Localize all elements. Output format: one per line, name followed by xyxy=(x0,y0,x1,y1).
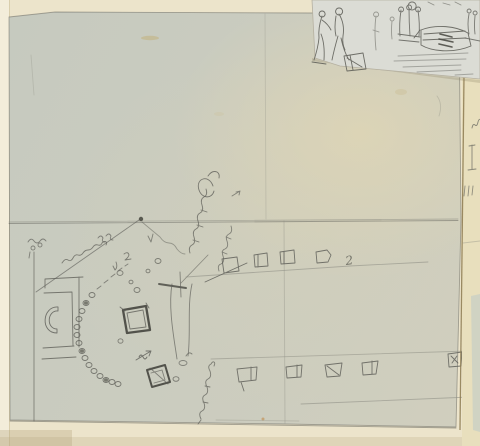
vertical-crease-upper xyxy=(265,14,266,219)
diagonal-end-blob xyxy=(139,217,143,221)
tiny-33-marks xyxy=(98,234,153,242)
left-cursive-word xyxy=(62,242,131,270)
north-arrow-mark xyxy=(136,351,151,360)
row2-rect-1 xyxy=(237,367,257,391)
margin-faint-curve xyxy=(437,96,441,116)
inset-figure-study xyxy=(312,0,480,83)
pencil-number: 2 xyxy=(343,253,354,268)
bottom-short-line xyxy=(216,420,299,421)
corner-scribble-cluster xyxy=(28,239,46,258)
apse-arch xyxy=(45,307,58,333)
bottom-cursive-word xyxy=(186,353,215,424)
row1-square-2 xyxy=(254,253,268,267)
row2-baseline xyxy=(211,351,468,359)
plan-rectangle-rows: 2 xyxy=(186,250,470,421)
stain-mid xyxy=(395,89,407,95)
dark-square-monument xyxy=(123,306,150,333)
colonnade-arc-ovals xyxy=(74,293,121,387)
row2-rect-far-right xyxy=(448,352,462,367)
plan-sketch xyxy=(28,217,208,421)
stain-top xyxy=(141,36,159,40)
corner-crease xyxy=(31,55,34,95)
sheet-edges-and-creases xyxy=(9,12,461,428)
bottom-long-line xyxy=(301,397,470,404)
center-cursive-big-C xyxy=(198,172,219,197)
pencil-artwork-layer: 2 xyxy=(0,0,480,446)
row2-rect-3 xyxy=(325,363,342,377)
chain-dashes xyxy=(97,264,128,289)
adjacent-page-margin xyxy=(437,74,480,446)
sheet-bottom-shadow xyxy=(10,421,456,428)
row1-square-1 xyxy=(205,257,247,282)
dark-square-2-inner xyxy=(150,368,168,384)
scanned-album-page: 2 xyxy=(0,0,480,446)
row1-square-3 xyxy=(280,250,295,264)
path-base-oval xyxy=(179,361,187,366)
small-vertical-stroke xyxy=(180,272,181,297)
heavy-short-stroke xyxy=(159,284,186,288)
apse-room-walls xyxy=(42,277,83,359)
row2-rect-2 xyxy=(286,365,302,378)
long-diagonal-line xyxy=(36,220,139,292)
diagonal-continuation xyxy=(142,222,185,254)
row1-pentagon xyxy=(316,250,331,263)
row2-rect-4 xyxy=(362,361,378,375)
leader-line xyxy=(181,255,208,283)
stain-dot xyxy=(262,418,265,421)
stain-faint xyxy=(214,112,224,116)
